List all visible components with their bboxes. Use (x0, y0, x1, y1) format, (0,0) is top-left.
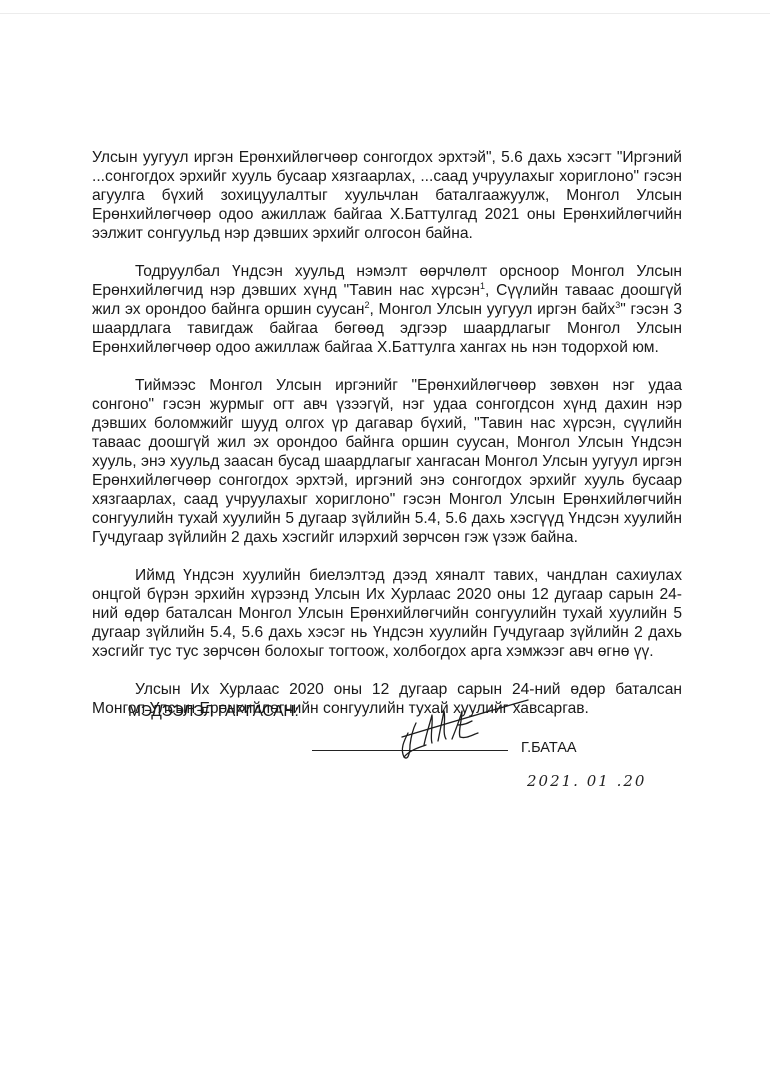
paragraph-text: Иймд Үндсэн хуулийн биелэлтэд дээд хянал… (92, 567, 682, 660)
paragraph: Тодруулбал Үндсэн хуульд нэмэлт өөрчлөлт… (92, 262, 682, 357)
paragraph: Тиймээс Монгол Улсын иргэнийг "Ерөнхийлө… (92, 376, 682, 547)
handwritten-date: 2021. 01 .20 (527, 772, 646, 790)
document-body: Улсын уугуул иргэн Ерөнхийлөгчөөр сонгог… (92, 148, 682, 737)
signer-name: Г.БАТАА (521, 740, 577, 756)
paragraph: Улсын уугуул иргэн Ерөнхийлөгчөөр сонгог… (92, 148, 682, 243)
paragraph: Улсын Их Хурлаас 2020 оны 12 дугаар сары… (92, 680, 682, 718)
paragraph-text: Тиймээс Монгол Улсын иргэнийг "Ерөнхийлө… (92, 377, 682, 546)
paragraph-text: , Монгол Улсын уугуул иргэн байх (370, 301, 616, 318)
paragraph: Иймд Үндсэн хуулийн биелэлтэд дээд хянал… (92, 566, 682, 661)
paragraph-text: Улсын Их Хурлаас 2020 оны 12 дугаар сары… (92, 681, 682, 717)
signature-line (312, 750, 508, 751)
scan-edge-artifact (0, 13, 770, 14)
paragraph-text: Улсын уугуул иргэн Ерөнхийлөгчөөр сонгог… (92, 149, 682, 242)
